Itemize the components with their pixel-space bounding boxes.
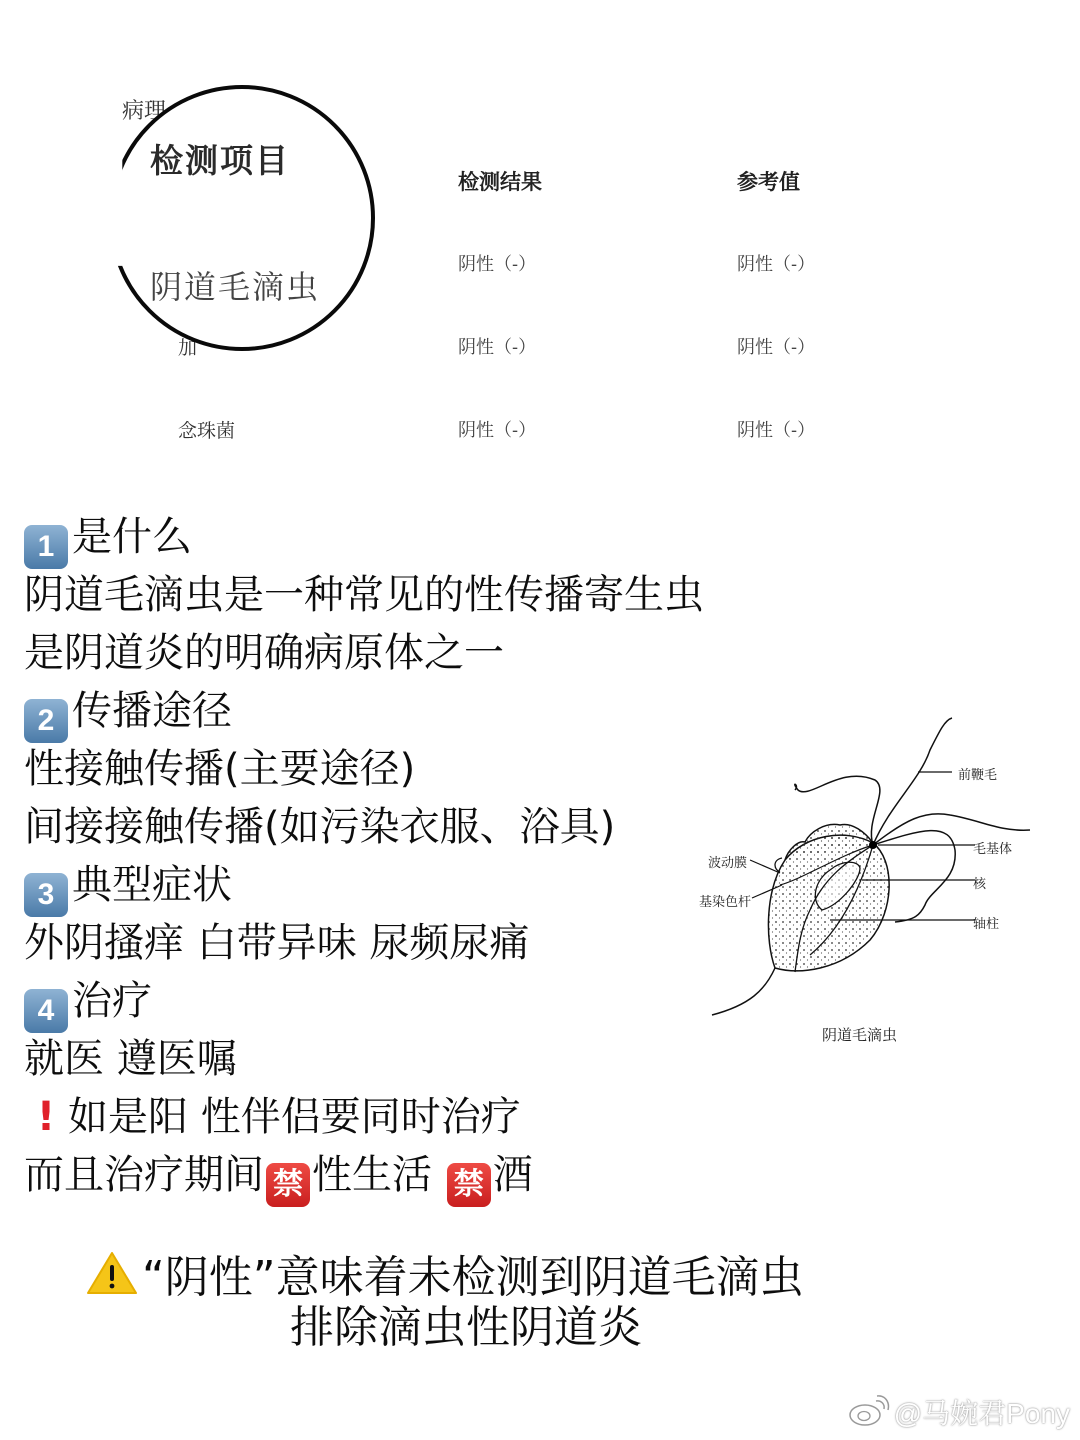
info-content: 1是什么 阴道毛滴虫是一种常见的性传播寄生虫 是阴道炎的明确病原体之一 2传播途… bbox=[24, 508, 744, 1204]
section-heading-2: 2传播途径 bbox=[24, 682, 744, 740]
weibo-logo-icon bbox=[848, 1395, 890, 1434]
label-axostyle: 轴柱 bbox=[973, 913, 999, 932]
warning-icon bbox=[86, 1250, 142, 1296]
result-cell: 阴性（-） bbox=[458, 416, 536, 442]
section-text: 性接触传播(主要途径) bbox=[24, 740, 744, 798]
prohibited-icon: 禁 bbox=[266, 1163, 310, 1207]
section-text: 外阴搔痒 白带异味 尿频尿痛 bbox=[24, 914, 744, 972]
note-line-1: “阴性”意味着未检测到阴道毛滴虫 bbox=[142, 1252, 804, 1303]
section-heading-1: 1是什么 bbox=[24, 508, 744, 566]
keycap-3-icon: 3 bbox=[24, 873, 68, 917]
magnifier-circle bbox=[109, 85, 375, 351]
exclamation-icon: ! bbox=[24, 1088, 68, 1146]
result-cell: 阴性（-） bbox=[458, 250, 536, 276]
negative-result-note: “阴性”意味着未检测到阴道毛滴虫 排除滴虫性阴道炎 bbox=[0, 1250, 1080, 1354]
trichomonas-illustration bbox=[690, 710, 1050, 1060]
trichomonas-item-magnified: 阴道毛滴虫 bbox=[150, 262, 320, 308]
header-result: 检测结果 bbox=[458, 166, 542, 196]
label-nucleus: 核 bbox=[973, 873, 986, 892]
partner-warning-line: !如是阳 性伴侣要同时治疗 bbox=[24, 1088, 744, 1146]
keycap-4-icon: 4 bbox=[24, 989, 68, 1033]
note-line-2: 排除滴虫性阴道炎 bbox=[0, 1302, 1080, 1354]
header-reference: 参考值 bbox=[737, 166, 800, 196]
prohibition-line: 而且治疗期间禁性生活 禁酒 bbox=[24, 1146, 744, 1204]
section-text: 就医 遵医嘱 bbox=[24, 1030, 744, 1088]
keycap-1-icon: 1 bbox=[24, 525, 68, 569]
reference-cell: 阴性（-） bbox=[737, 416, 815, 442]
section-heading-3: 3典型症状 bbox=[24, 856, 744, 914]
weibo-watermark: @马婉君Pony bbox=[848, 1392, 1070, 1434]
label-anterior-flagella: 前鞭毛 bbox=[958, 764, 997, 783]
diagram-caption: 阴道毛滴虫 bbox=[822, 1024, 897, 1045]
section-text: 间接接触传播(如污染衣服、浴具) bbox=[24, 798, 744, 856]
section-text: 阴道毛滴虫是一种常见的性传播寄生虫 bbox=[24, 566, 744, 624]
section-heading-4: 4治疗 bbox=[24, 972, 744, 1030]
label-costa: 基染色杆 bbox=[699, 891, 751, 910]
header-item-magnified: 检测项目 bbox=[150, 135, 290, 182]
label-undulating-membrane: 波动膜 bbox=[708, 852, 747, 871]
keycap-2-icon: 2 bbox=[24, 699, 68, 743]
label-basal-body: 毛基体 bbox=[973, 838, 1012, 857]
section-text: 是阴道炎的明确病原体之一 bbox=[24, 624, 744, 682]
result-cell: 阴性（-） bbox=[458, 333, 536, 359]
lab-report-image: 病理 检测结果 参考值 加 念珠菌 阴性（-） 阴性（-） 阴性（-） 阴性（-… bbox=[0, 0, 1080, 470]
row-label-candida: 念珠菌 bbox=[178, 416, 235, 443]
trichomonas-diagram: 前鞭毛 毛基体 核 轴柱 波动膜 基染色杆 阴道毛滴虫 bbox=[690, 710, 1050, 1060]
reference-cell: 阴性（-） bbox=[737, 250, 815, 276]
reference-cell: 阴性（-） bbox=[737, 333, 815, 359]
prohibited-icon: 禁 bbox=[447, 1163, 491, 1207]
